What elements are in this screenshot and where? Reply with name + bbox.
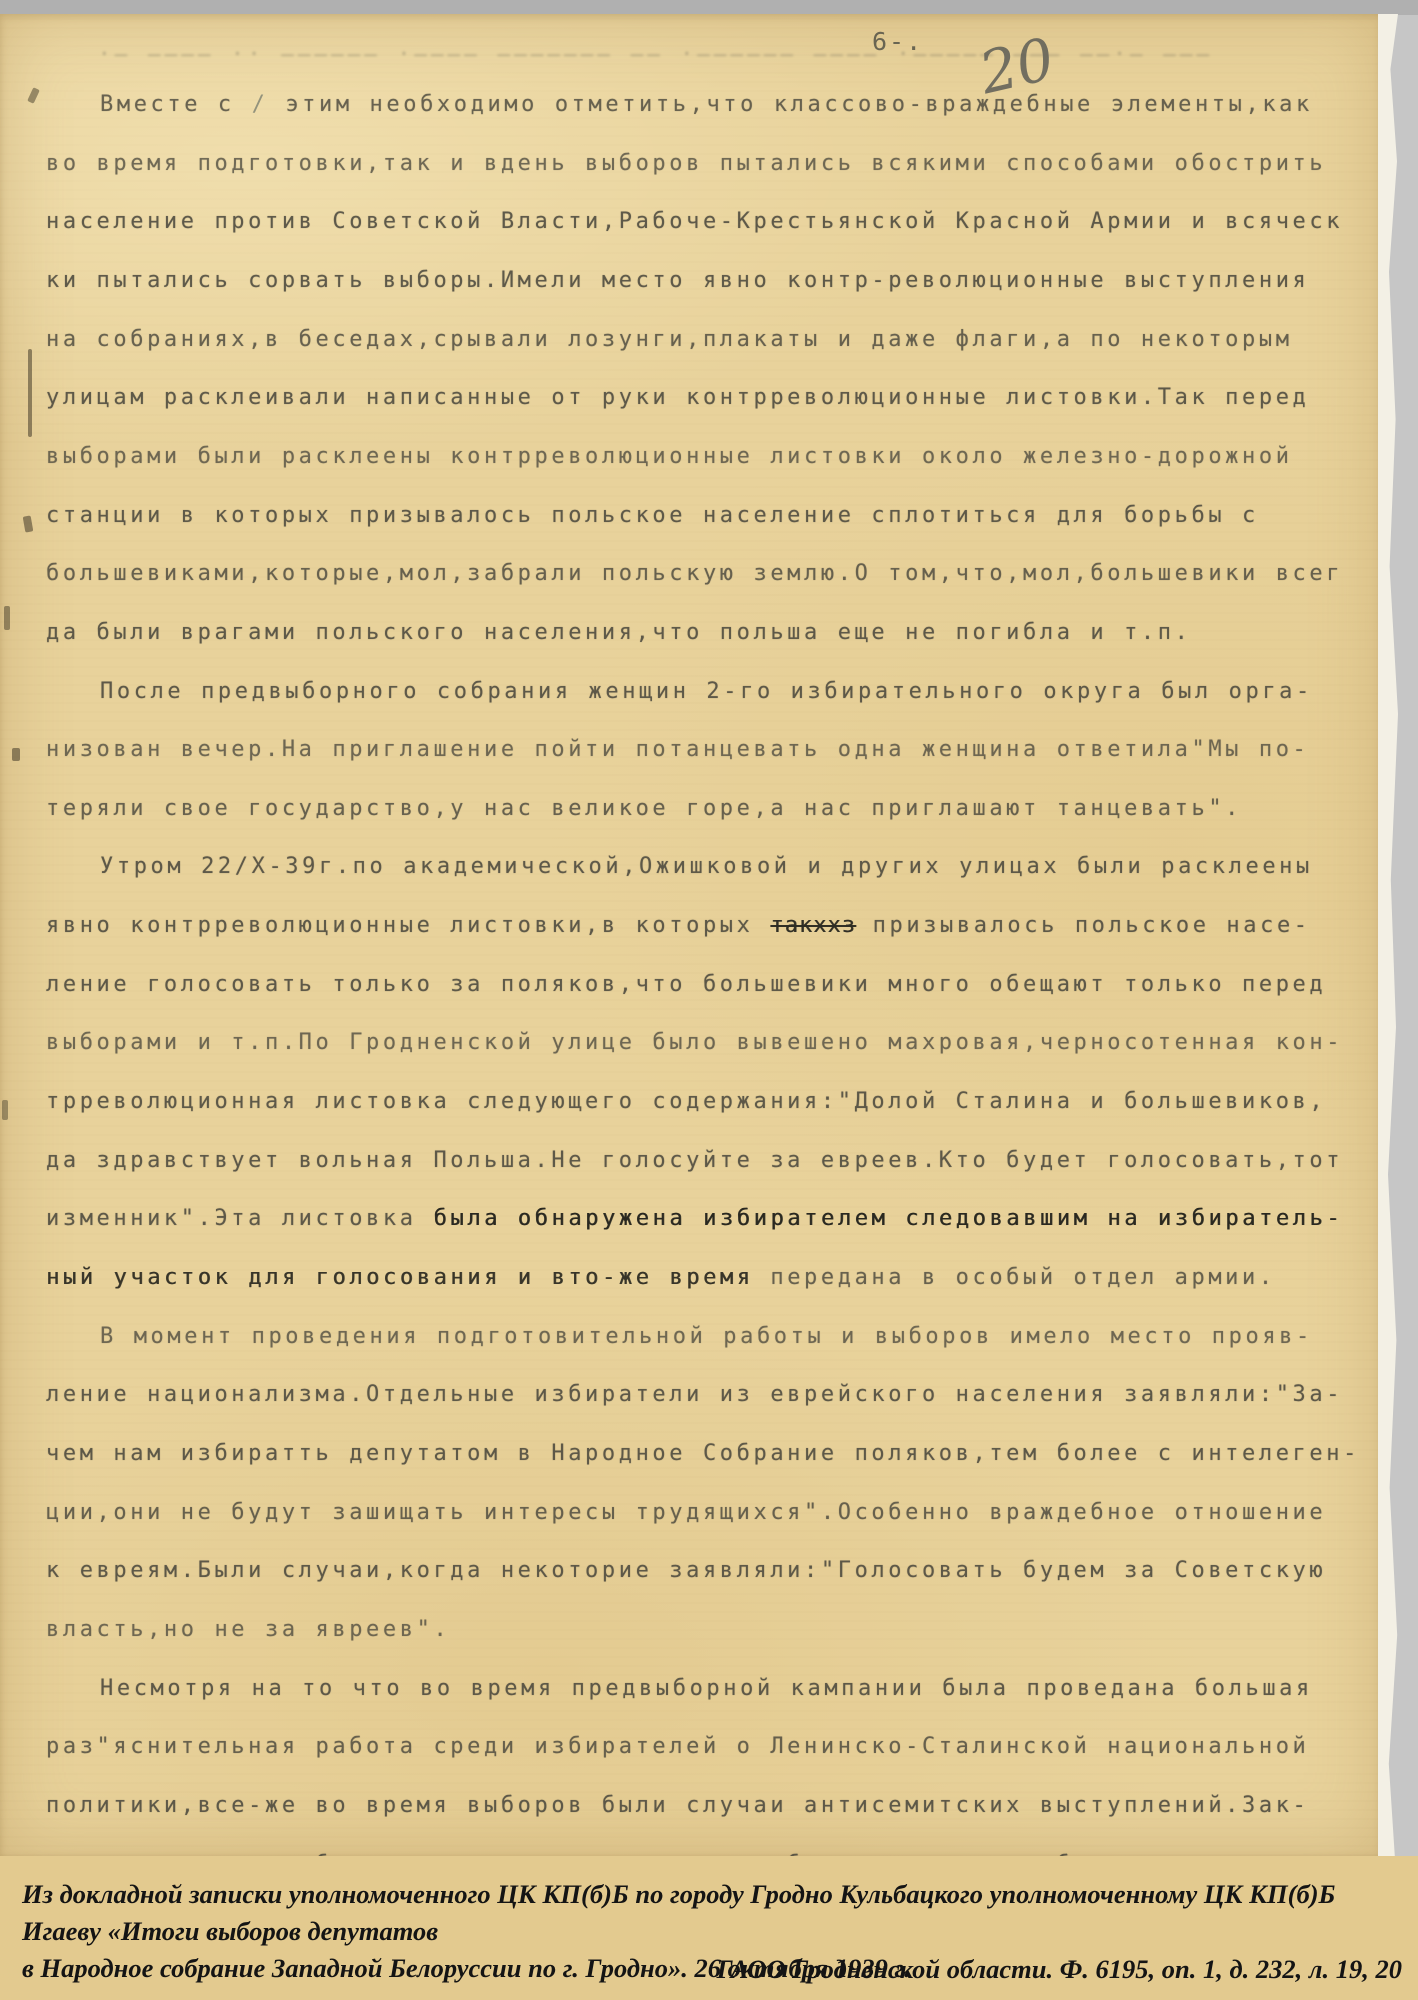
typed-segment: выборами были расклеены контрреволюционн… [46, 444, 1293, 469]
typed-segment-dark: была обнаружена избирателем следовавшим … [433, 1206, 1343, 1231]
typed-line: население против Советской Власти,Рабоче… [46, 209, 1343, 234]
typed-line: во время подготовки,так и вдень выборов … [46, 151, 1326, 176]
typed-line: После предвыборного собрания женщин 2-го… [46, 679, 1313, 704]
typed-segment: После предвыборного собрания женщин 2-го… [100, 679, 1313, 704]
typed-line: Утром 22/Х-39г.по академической,Ожишково… [46, 854, 1313, 879]
erased-header-line: ·— ———— ·· —————— ·———— ——————— —— ·————… [98, 42, 1343, 66]
typed-segment: низован вечер.На приглашение пойти потан… [46, 737, 1309, 762]
typed-line: явно контрреволюционные листовки,в котор… [46, 913, 1311, 938]
typed-line: ление голосовать только за поляков,что б… [46, 972, 1326, 997]
paper-sheet: ·— ———— ·· —————— ·———— ——————— —— ·————… [0, 14, 1381, 1856]
typed-line: изменник".Эта листовка была обнаружена и… [46, 1206, 1343, 1231]
typed-segment: призывалось польское насе- [856, 913, 1311, 938]
typed-line: ции,они не будут зашищать интересы трудя… [46, 1500, 1326, 1525]
typed-segment: улицам расклеивали написанные от руки ко… [46, 385, 1309, 410]
typed-line: раз"яснительная работа среди избирателей… [46, 1734, 1309, 1759]
typed-segment: ление национализма.Отдельные избиратели … [46, 1382, 1343, 1407]
typed-segment: раз"яснительная работа среди избирателей… [46, 1734, 1309, 1759]
typed-line: станции в которых призывалось польское н… [46, 503, 1259, 528]
typed-segment: В момент проведения подготовительной раб… [100, 1324, 1313, 1349]
typed-segment: да здравствует вольная Польша.Не голосуй… [46, 1148, 1343, 1173]
typed-segment-pencil: / [252, 92, 269, 117]
typed-segment: изменник".Эта листовка [46, 1206, 433, 1231]
typed-segment: власть,но не за явреев". [46, 1617, 450, 1642]
ink-speck [12, 748, 20, 761]
caption-strip: Из докладной записки уполномоченного ЦК … [0, 1856, 1418, 2000]
typed-line: трреволюционная листовка следующего соде… [46, 1089, 1326, 1114]
typed-line: чем нам избиратть депутатом в Народное С… [46, 1441, 1360, 1466]
caption-text-line: Из докладной записки уполномоченного ЦК … [0, 1856, 1418, 1950]
typed-line: Несмотря на то что во время предвыборной… [46, 1676, 1313, 1701]
typed-line: да были врагами польского населения,что … [46, 620, 1191, 645]
typed-line: власть,но не за явреев". [46, 1617, 450, 1642]
typed-segment: явно контрреволюционные листовки,в котор… [46, 913, 770, 938]
typed-segment: Утром 22/Х-39г.по академической,Ожишково… [100, 854, 1313, 879]
typed-segment-strike: такххз [770, 913, 855, 938]
typed-segment: этим необходимо отметить,что классово-вр… [268, 92, 1312, 117]
typed-line: ный участок для голосования и вто-же вре… [46, 1265, 1276, 1290]
edge-streak [28, 349, 32, 437]
typed-segment: Несмотря на то что во время предвыборной… [100, 1676, 1313, 1701]
typed-line: ление национализма.Отдельные избиратели … [46, 1382, 1343, 1407]
typed-line: большевиками,которые,мол,забрали польску… [46, 561, 1343, 586]
page-number: 6-. [872, 27, 923, 56]
typed-line: политики,все-же во время выборов были сл… [46, 1793, 1309, 1818]
typed-segment-dark: ный участок для голосования и вто-же вре… [46, 1265, 754, 1290]
typed-line: к евреям.Были случаи,когда некоторие зая… [46, 1558, 1326, 1583]
typed-segment: на собраниях,в беседах,срывали лозунги,п… [46, 327, 1293, 352]
archive-reference: ГАОО Гродненской области. Ф. 6195, оп. 1… [717, 1954, 1402, 1985]
typed-line: В момент проведения подготовительной раб… [46, 1324, 1313, 1349]
scanned-document-page: ·— ———— ·· —————— ·———— ——————— —— ·————… [0, 0, 1418, 2000]
typed-segment: политики,все-же во время выборов были сл… [46, 1793, 1309, 1818]
ink-speck [4, 606, 10, 630]
typed-segment: теряли свое государство,у нас великое го… [46, 796, 1242, 821]
typed-segment: да были врагами польского населения,что … [46, 620, 1191, 645]
typed-line: низован вечер.На приглашение пойти потан… [46, 737, 1309, 762]
typed-line: ки пытались сорвать выборы.Имели место я… [46, 268, 1309, 293]
typed-segment: ки пытались сорвать выборы.Имели место я… [46, 268, 1309, 293]
typed-segment: ции,они не будут зашищать интересы трудя… [46, 1500, 1326, 1525]
ink-speck [23, 515, 34, 532]
typed-segment: станции в которых призывалось польское н… [46, 503, 1259, 528]
typed-line: Вместе с / этим необходимо отметить,что … [46, 92, 1313, 117]
scanner-bed-top-edge [0, 0, 1418, 15]
typed-segment: во время подготовки,так и вдень выборов … [46, 151, 1326, 176]
typed-segment: выборами и т.п.По Гродненской улице было… [46, 1030, 1343, 1055]
torn-paper-edge [1378, 14, 1398, 1856]
typed-line: да здравствует вольная Польша.Не голосуй… [46, 1148, 1343, 1173]
ink-speck [27, 87, 40, 104]
typed-segment: к евреям.Были случаи,когда некоторие зая… [46, 1558, 1326, 1583]
typed-line: теряли свое государство,у нас великое го… [46, 796, 1242, 821]
typed-line: улицам расклеивали написанные от руки ко… [46, 385, 1309, 410]
typed-line: выборами и т.п.По Гродненской улице было… [46, 1030, 1343, 1055]
typed-segment: ление голосовать только за поляков,что б… [46, 972, 1326, 997]
typed-segment: население против Советской Власти,Рабоче… [46, 209, 1343, 234]
typed-segment: передана в особый отдел армии. [754, 1265, 1276, 1290]
typed-segment: большевиками,которые,мол,забрали польску… [46, 561, 1343, 586]
typed-segment: чем нам избиратть депутатом в Народное С… [46, 1441, 1360, 1466]
typed-line: на собраниях,в беседах,срывали лозунги,п… [46, 327, 1293, 352]
typed-segment: трреволюционная листовка следующего соде… [46, 1089, 1326, 1114]
typed-line: выборами были расклеены контрреволюционн… [46, 444, 1293, 469]
typed-segment: Вместе с [100, 92, 252, 117]
ink-speck [2, 1100, 8, 1120]
